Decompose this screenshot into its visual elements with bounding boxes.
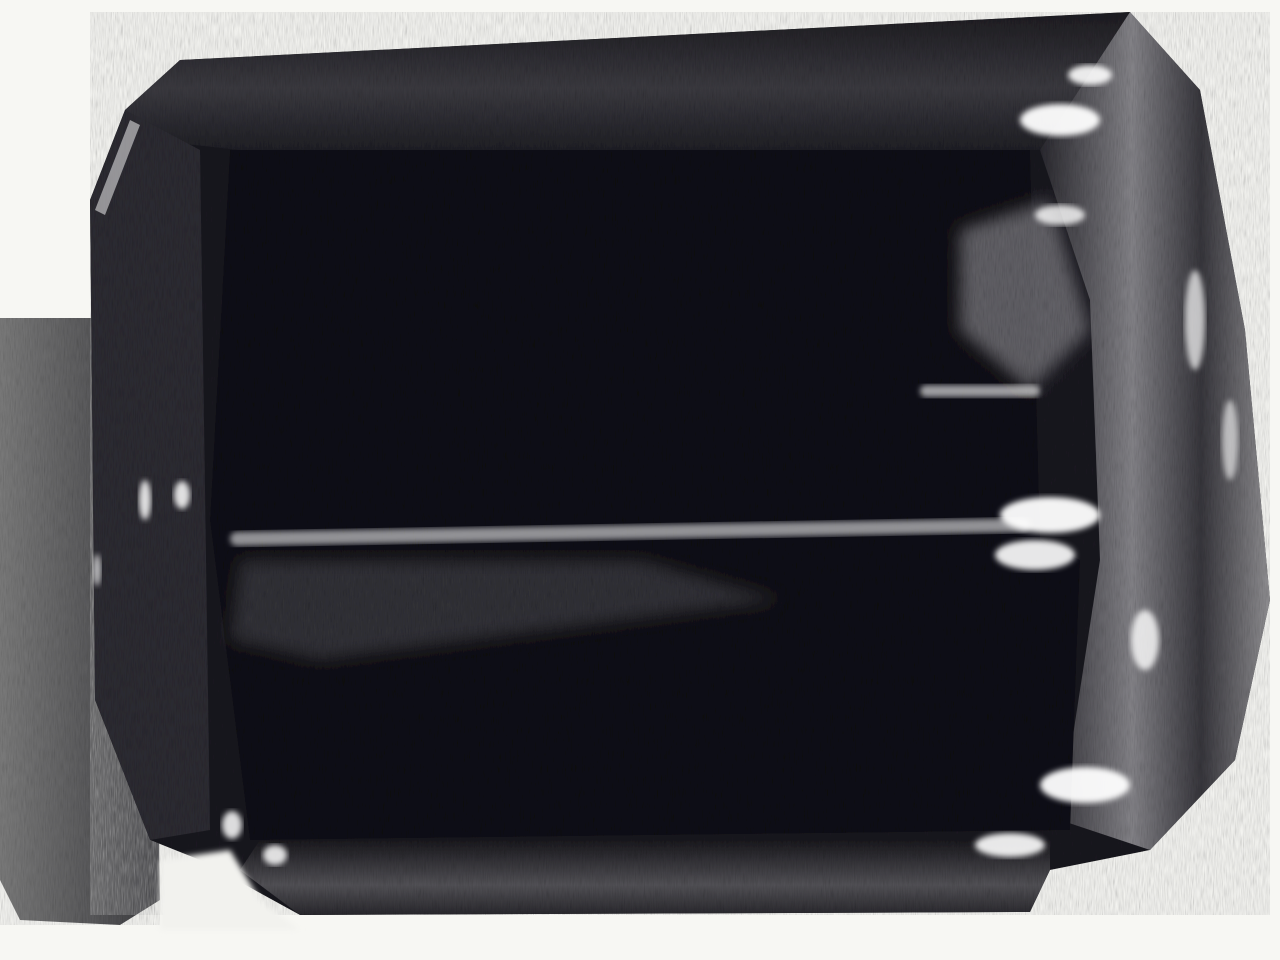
highlight-blob-left-2 xyxy=(174,481,190,509)
highlight-blob-bottom-left-2 xyxy=(263,845,287,865)
facet-bottom xyxy=(240,840,1050,915)
highlight-blob-8 xyxy=(1131,610,1159,670)
highlight-blob-1 xyxy=(1000,497,1100,533)
highlight-blob-left-3 xyxy=(93,554,101,586)
highlight-blob-7 xyxy=(975,833,1045,857)
highlight-blob-6 xyxy=(1040,767,1130,803)
highlight-blob-10 xyxy=(1222,400,1238,480)
highlight-blob-5 xyxy=(1035,205,1085,225)
highlight-blob-3 xyxy=(1020,104,1100,136)
highlight-blob-2 xyxy=(995,540,1075,570)
highlight-streak-right-mid xyxy=(920,385,1040,397)
gemstone-photo xyxy=(0,0,1280,960)
highlight-blob-bottom-left-1 xyxy=(222,811,242,839)
table-facet xyxy=(210,150,1080,840)
highlight-blob-4 xyxy=(1068,65,1112,85)
highlight-blob-left-1 xyxy=(139,480,151,520)
highlight-blob-9 xyxy=(1185,270,1205,370)
facet-left xyxy=(90,110,210,840)
